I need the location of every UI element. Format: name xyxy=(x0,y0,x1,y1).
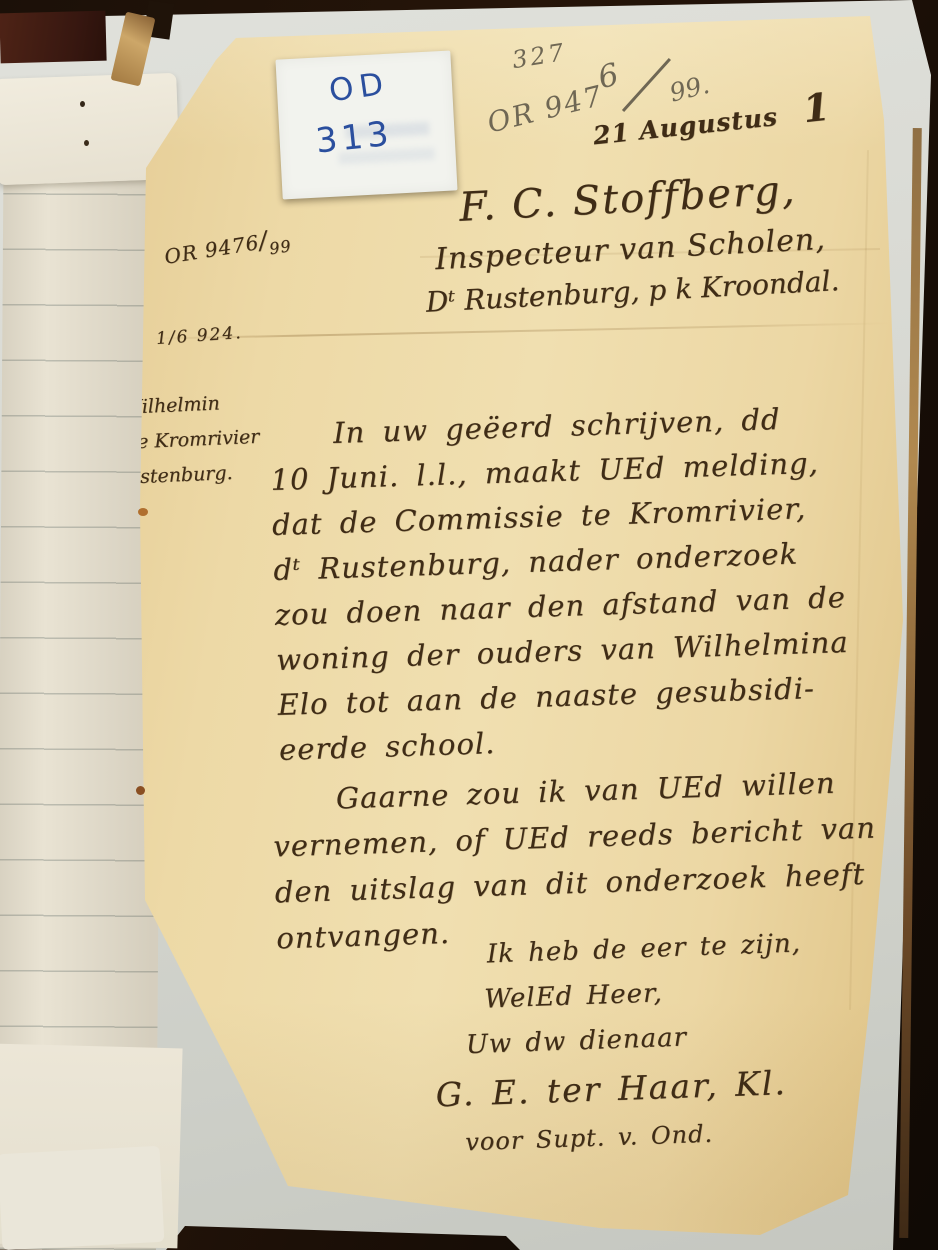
label-number: 313 xyxy=(314,114,395,162)
label-code: OD xyxy=(327,65,392,109)
slash-stroke xyxy=(622,58,671,112)
rust-spot xyxy=(138,508,148,516)
body-paragraph-1: In uw geëerd schrijven, dd 10 Juni. l.l.… xyxy=(268,395,852,773)
archive-label: OD 313 xyxy=(275,51,457,200)
paper-speck xyxy=(84,140,89,146)
closing-block: Ik heb de eer te zijn, WelEd Heer, Uw dw… xyxy=(424,922,808,1166)
year-digit: 1 xyxy=(801,84,832,132)
book-cover-corner xyxy=(0,11,107,64)
paper-scrap-bottom xyxy=(0,1146,164,1250)
paper-speck xyxy=(80,101,85,107)
photo-of-archival-letter: OR 9476/99 1/6 924. l Wilhelmin o te Kro… xyxy=(0,0,938,1250)
rust-spot xyxy=(136,786,145,795)
ink-ref-year: 99 xyxy=(268,236,293,258)
